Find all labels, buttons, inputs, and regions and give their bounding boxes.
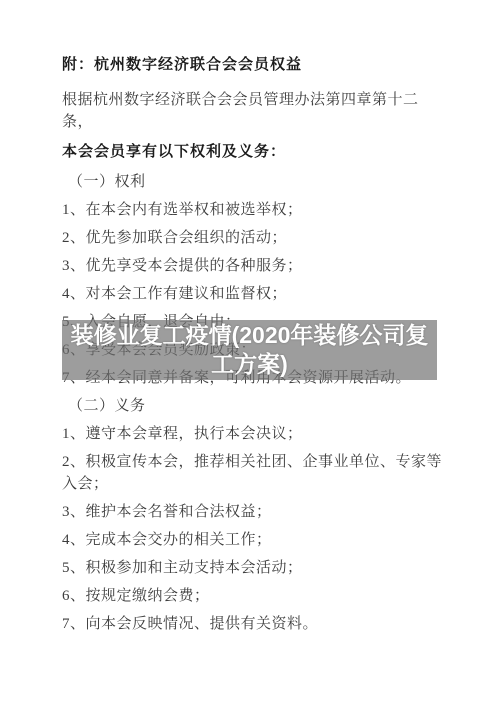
list-item: 3、优先享受本会提供的各种服务； <box>62 255 442 277</box>
list-item: 6、按规定缴纳会费； <box>62 585 442 607</box>
intro-paragraph: 根据杭州数字经济联合会会员管理办法第四章第十二条， <box>62 89 442 133</box>
list-item: 1、遵守本会章程，执行本会决议； <box>62 423 442 445</box>
attachment-heading: 附：杭州数字经济联合会会员权益 <box>62 54 442 76</box>
list-item: 4、完成本会交办的相关工作； <box>62 529 442 551</box>
subheading: 本会会员享有以下权利及义务： <box>62 141 442 163</box>
list-item: 7、向本会反映情况、提供有关资料。 <box>62 613 442 635</box>
list-item: 3、维护本会名誉和合法权益； <box>62 501 442 523</box>
list-item: 2、积极宣传本会，推荐相关社团、企事业单位、专家等入会； <box>62 451 442 495</box>
list-item: 4、对本会工作有建议和监督权； <box>62 283 442 305</box>
article-title-overlay: 装修业复工疫情(2020年装修公司复工方案) <box>62 320 437 380</box>
section-title-obligations: （二）义务 <box>62 395 442 417</box>
document-body: 附：杭州数字经济联合会会员权益 根据杭州数字经济联合会会员管理办法第四章第十二条… <box>0 0 500 635</box>
document-page: 附：杭州数字经济联合会会员权益 根据杭州数字经济联合会会员管理办法第四章第十二条… <box>0 0 500 706</box>
section-title-rights: （一）权利 <box>62 171 442 193</box>
list-item: 2、优先参加联合会组织的活动； <box>62 227 442 249</box>
list-item: 5、积极参加和主动支持本会活动； <box>62 557 442 579</box>
list-item: 1、在本会内有选举权和被选举权； <box>62 199 442 221</box>
